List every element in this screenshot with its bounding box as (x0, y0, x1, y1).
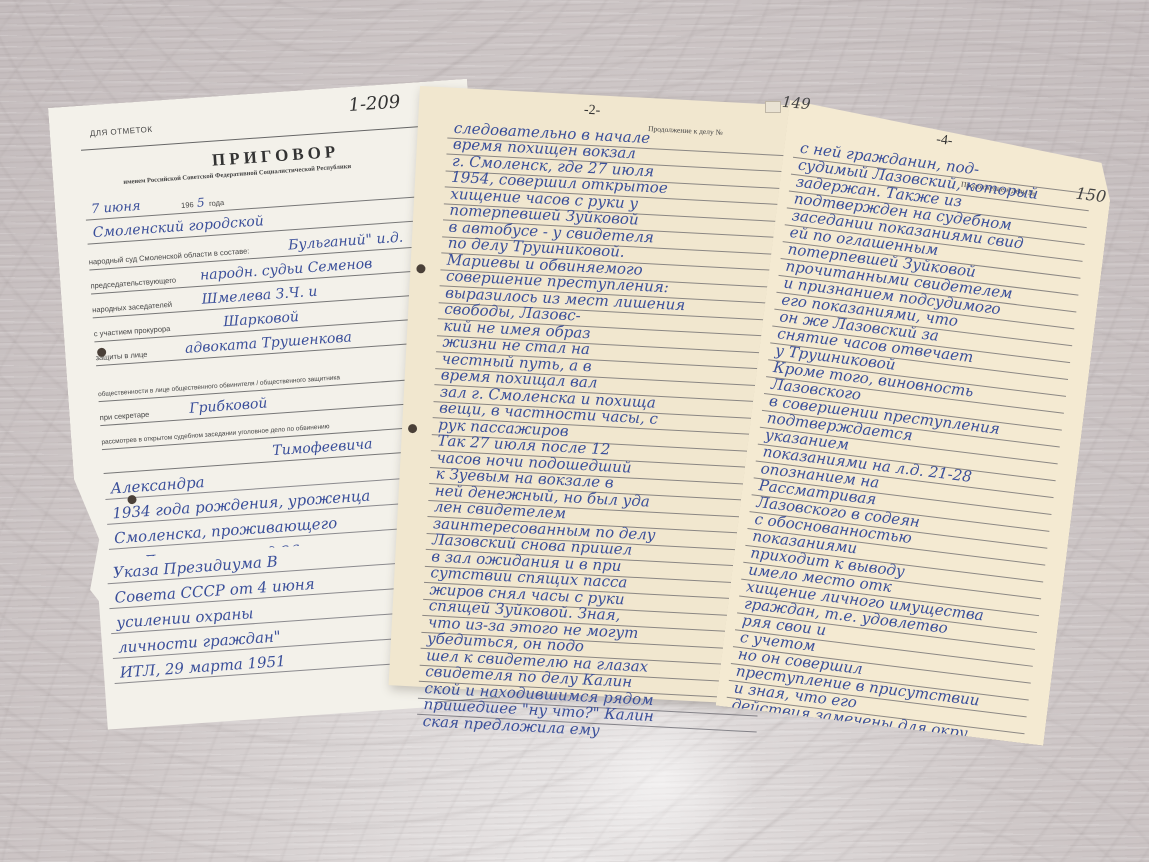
field-label: при секретаре (99, 410, 149, 422)
case-number: 1-209 (348, 91, 401, 116)
punch-hole (408, 424, 417, 433)
field-value: адвоката Трушенкова (185, 329, 353, 357)
page-number: -4- (935, 132, 953, 150)
year-handwritten: 5 (196, 195, 205, 209)
date-handwritten: 7 июня (91, 199, 141, 217)
paper-tab (765, 101, 781, 113)
page-number: -2- (584, 103, 601, 120)
folio-number: 149 (781, 93, 811, 113)
year-printed: 196 (181, 200, 194, 210)
for-marks-label: ДЛЯ ОТМЕТОК (90, 125, 153, 138)
sentence-form-lower: Указа Президиума В Совета СССР от 4 июня… (96, 537, 437, 730)
punch-hole (416, 264, 425, 273)
handwritten-body: с ней гражданин, под- судимый Лазовский,… (725, 141, 1093, 750)
field-value: Тимофеевича (272, 436, 373, 459)
year-suffix: года (209, 198, 225, 208)
